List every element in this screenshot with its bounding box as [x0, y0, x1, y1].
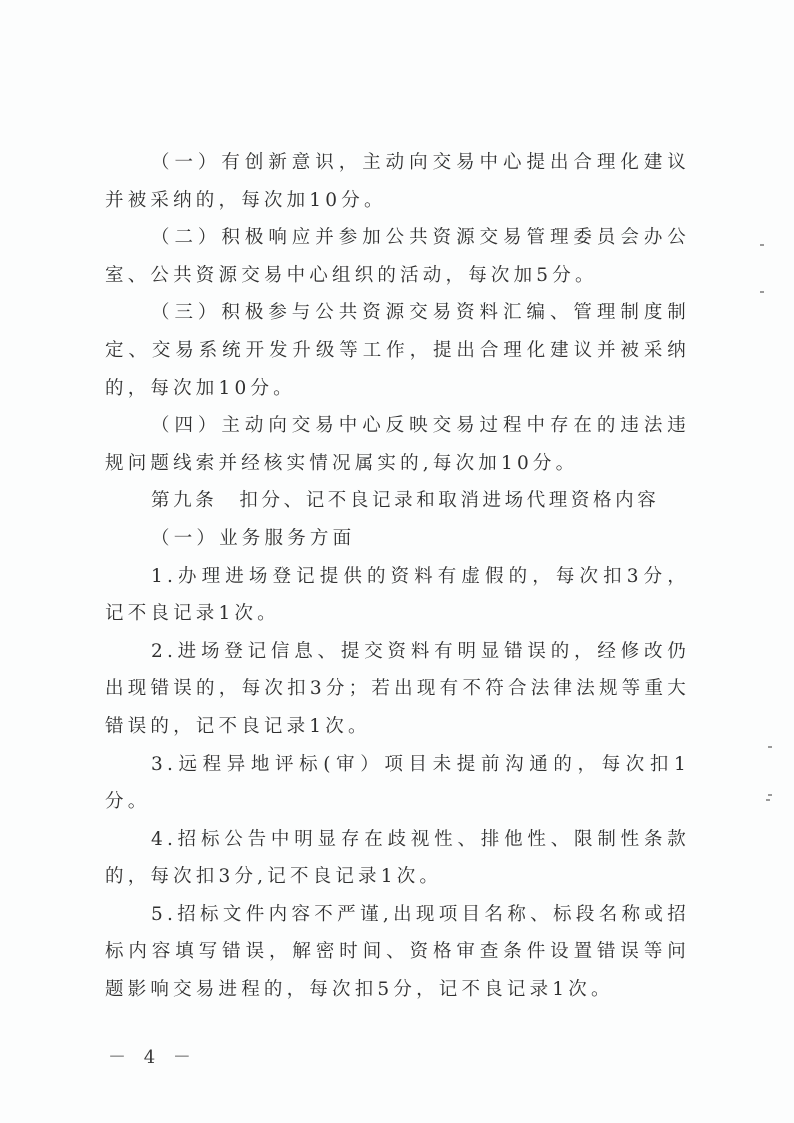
scan-mark — [766, 799, 770, 801]
paragraph-bonus-1: （一）有创新意识，主动向交易中心提出合理化建议并被采纳的，每次加10分。 — [105, 144, 690, 219]
paragraph-deduct-2: 2.进场登记信息、提交资料有明显错误的，经修改仍出现错误的，每次扣3分；若出现有… — [105, 633, 690, 746]
paragraph-deduct-5: 5.招标文件内容不严谨,出现项目名称、标段名称或招标内容填写错误，解密时间、资格… — [105, 896, 690, 1009]
paragraph-bonus-4: （四）主动向交易中心反映交易过程中存在的违法违规问题线索并经核实情况属实的,每次… — [105, 407, 690, 482]
document-page: （一）有创新意识，主动向交易中心提出合理化建议并被采纳的，每次加10分。 （二）… — [0, 0, 794, 1123]
paragraph-deduct-1: 1.办理进场登记提供的资料有虚假的，每次扣3分，记不良记录1次。 — [105, 558, 690, 633]
scan-mark — [760, 244, 764, 246]
page-number: － 4 － — [108, 1043, 197, 1069]
section-1-heading: （一）业务服务方面 — [105, 520, 690, 558]
article-9-heading: 第九条 扣分、记不良记录和取消进场代理资格内容 — [105, 482, 690, 520]
scan-mark — [768, 794, 772, 796]
paragraph-deduct-3: 3.远程异地评标(审）项目未提前沟通的，每次扣1分。 — [105, 746, 690, 821]
scan-mark — [768, 746, 772, 748]
paragraph-deduct-4: 4.招标公告中明显存在歧视性、排他性、限制性条款的，每次扣3分,记不良记录1次。 — [105, 821, 690, 896]
document-body: （一）有创新意识，主动向交易中心提出合理化建议并被采纳的，每次加10分。 （二）… — [105, 144, 690, 1009]
paragraph-bonus-3: （三）积极参与公共资源交易资料汇编、管理制度制定、交易系统开发升级等工作，提出合… — [105, 294, 690, 407]
paragraph-bonus-2: （二）积极响应并参加公共资源交易管理委员会办公室、公共资源交易中心组织的活动，每… — [105, 219, 690, 294]
scan-mark — [760, 291, 764, 293]
